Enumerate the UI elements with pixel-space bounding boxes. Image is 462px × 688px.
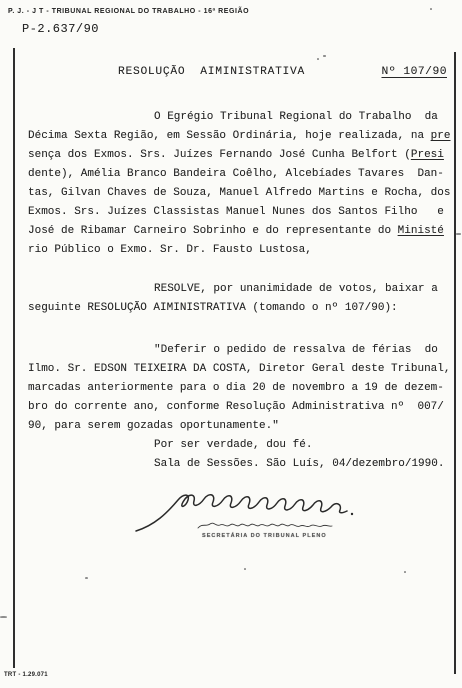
process-number: P-2.637/90 bbox=[22, 22, 99, 36]
document-body: O Egrégio Tribunal Regional do Trabalho … bbox=[28, 108, 454, 474]
text-line: José de Ribamar Carneiro Sobrinho e do r… bbox=[28, 222, 454, 241]
paragraph: "Deferir o pedido de ressalva de férias … bbox=[28, 341, 454, 436]
text-line: "Deferir o pedido de ressalva de férias … bbox=[28, 341, 454, 360]
text-line: tas, Gilvan Chaves de Souza, Manuel Alfr… bbox=[28, 184, 454, 203]
typed-signer-name-script bbox=[196, 519, 334, 532]
text-line: seguinte RESOLUÇÃO AIMINISTRATIVA (toman… bbox=[28, 299, 454, 318]
text-line: bro do corrente ano, conforme Resolução … bbox=[28, 398, 454, 417]
scan-speck bbox=[0, 616, 7, 618]
paragraph: RESOLVE, por unanimidade de votos, baixa… bbox=[28, 280, 454, 318]
text-line: rio Público o Exmo. Sr. Dr. Fausto Lusto… bbox=[28, 241, 454, 260]
document-title: RESOLUÇÃO AIMINISTRATIVA bbox=[118, 66, 305, 78]
text-line: Por ser verdade, dou fé. bbox=[28, 436, 454, 455]
scanned-document-page: P. J. - J T - TRIBUNAL REGIONAL DO TRABA… bbox=[0, 0, 462, 688]
scan-speck bbox=[85, 577, 88, 579]
text-line: 90, para serem gozadas oportunamente." bbox=[28, 417, 454, 436]
text-line: sença dos Exmos. Srs. Juízes Fernando Jo… bbox=[28, 146, 454, 165]
text-line: RESOLVE, por unanimidade de votos, baixa… bbox=[28, 280, 454, 299]
signer-role-caption: SECRETÁRIA DO TRIBUNAL PLENO bbox=[202, 533, 342, 539]
text-line: Ilmo. Sr. EDSON TEIXEIRA DA COSTA, Diret… bbox=[28, 360, 454, 379]
scan-speck bbox=[404, 571, 406, 573]
right-border-rule bbox=[454, 52, 456, 674]
scan-speck bbox=[430, 8, 432, 10]
text-line: dente), Amélia Branco Bandeira Coêlho, A… bbox=[28, 165, 454, 184]
paragraph: O Egrégio Tribunal Regional do Trabalho … bbox=[28, 108, 454, 260]
form-code: TRT - 1.29.071 bbox=[4, 672, 48, 678]
text-line: Exmos. Srs. Juízes Classistas Manuel Nun… bbox=[28, 203, 454, 222]
text-line: Décima Sexta Região, em Sessão Ordinária… bbox=[28, 127, 454, 146]
title-row: RESOLUÇÃO AIMINISTRATIVA Nº 107/90 bbox=[28, 66, 449, 82]
scan-speck bbox=[317, 58, 319, 60]
form-header: P. J. - J T - TRIBUNAL REGIONAL DO TRABA… bbox=[8, 8, 249, 15]
paragraph: Por ser verdade, dou fé.Sala de Sessões.… bbox=[28, 436, 454, 474]
scan-speck bbox=[323, 55, 326, 57]
scan-speck bbox=[456, 233, 461, 235]
resolution-number: Nº 107/90 bbox=[381, 66, 447, 78]
text-line: marcadas anteriormente para o dia 20 de … bbox=[28, 379, 454, 398]
scan-speck bbox=[244, 568, 246, 570]
left-border-rule bbox=[13, 48, 15, 668]
text-line: O Egrégio Tribunal Regional do Trabalho … bbox=[28, 108, 454, 127]
text-line: Sala de Sessões. São Luís, 04/dezembro/1… bbox=[28, 455, 454, 474]
